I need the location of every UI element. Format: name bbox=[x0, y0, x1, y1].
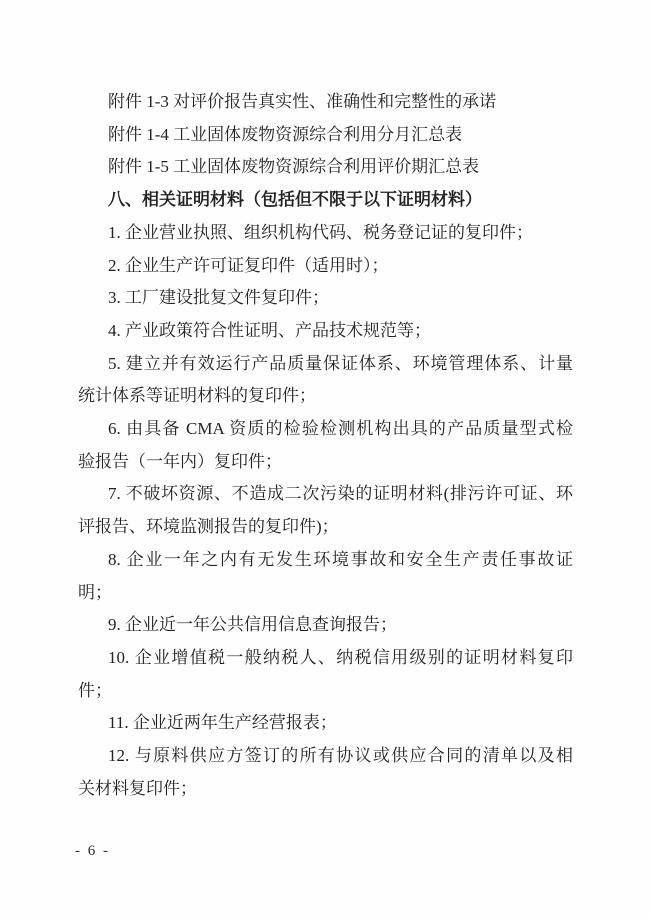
text-line: 明； bbox=[78, 577, 573, 610]
text-line: 附件 1-4 工业固体废物资源综合利用分月汇总表 bbox=[78, 119, 573, 152]
text-line: 5. 建立并有效运行产品质量保证体系、环境管理体系、计量 bbox=[78, 348, 573, 381]
document-body: 附件 1-3 对评价报告真实性、准确性和完整性的承诺附件 1-4 工业固体废物资… bbox=[78, 86, 573, 805]
text-line: 评报告、环境监测报告的复印件)； bbox=[78, 511, 573, 544]
text-line: 9. 企业近一年公共信用信息查询报告； bbox=[78, 609, 573, 642]
text-line: 4. 产业政策符合性证明、产品技术规范等； bbox=[78, 315, 573, 348]
text-line: 统计体系等证明材料的复印件； bbox=[78, 380, 573, 413]
text-line: 11. 企业近两年生产经营报表； bbox=[78, 707, 573, 740]
text-line: 附件 1-5 工业固体废物资源综合利用评价期汇总表 bbox=[78, 151, 573, 184]
text-line: 2. 企业生产许可证复印件（适用时）； bbox=[78, 250, 573, 283]
text-line: 12. 与原料供应方签订的所有协议或供应合同的清单以及相 bbox=[78, 740, 573, 773]
text-line: 6. 由具备 CMA 资质的检验检测机构出具的产品质量型式检 bbox=[78, 413, 573, 446]
page-number: - 6 - bbox=[75, 843, 110, 860]
text-line: 3. 工厂建设批复文件复印件； bbox=[78, 282, 573, 315]
heading-line: 八、相关证明材料（包括但不限于以下证明材料） bbox=[78, 184, 573, 217]
text-line: 10. 企业增值税一般纳税人、纳税信用级别的证明材料复印 bbox=[78, 642, 573, 675]
text-line: 附件 1-3 对评价报告真实性、准确性和完整性的承诺 bbox=[78, 86, 573, 119]
document-page: 附件 1-3 对评价报告真实性、准确性和完整性的承诺附件 1-4 工业固体废物资… bbox=[0, 0, 650, 919]
text-line: 验报告（一年内）复印件； bbox=[78, 446, 573, 479]
text-line: 7. 不破坏资源、不造成二次污染的证明材料(排污许可证、环 bbox=[78, 478, 573, 511]
text-line: 8. 企业一年之内有无发生环境事故和安全生产责任事故证 bbox=[78, 544, 573, 577]
text-line: 关材料复印件； bbox=[78, 773, 573, 806]
text-line: 件； bbox=[78, 675, 573, 708]
text-line: 1. 企业营业执照、组织机构代码、税务登记证的复印件； bbox=[78, 217, 573, 250]
